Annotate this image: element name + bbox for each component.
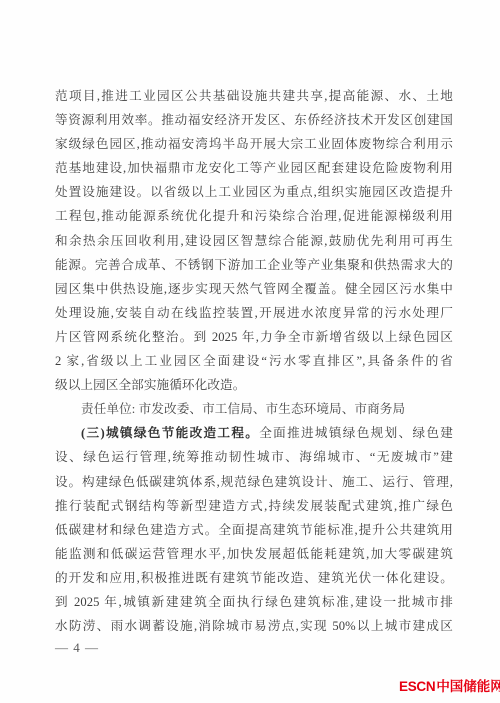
page-number: — 4 — bbox=[55, 638, 99, 658]
section3-heading: (三)城镇绿色节能改造工程。 bbox=[81, 426, 259, 440]
body-text-line: 推行装配式钢结构等新型建造方式,持续发展装配式建筑,推广绿色 bbox=[55, 494, 453, 518]
body-text-line: 范基地建设,加快福鼎市龙安化工等产业园区配套建设危险废物利用 bbox=[55, 156, 453, 180]
body-text-line: 处置设施建设。以省级以上工业园区为重点,组织实施园区改造提升 bbox=[55, 180, 453, 204]
body-text-line: 的开发和应用,积极推进既有建筑节能改造、建筑光伏一体化建设。 bbox=[55, 566, 453, 590]
body-text-line: 级以上园区全部实施循环化改造。 bbox=[55, 373, 453, 397]
document-page: 范项目,推进工业园区公共基础设施共建共享,提高能源、水、土地 等资源利用效率。推… bbox=[0, 0, 500, 703]
body-text-line: 和余热余压回收利用,建设园区智慧综合能源,鼓励优先利用可再生 bbox=[55, 229, 453, 253]
body-text-line: 范项目,推进工业园区公共基础设施共建共享,提高能源、水、土地 bbox=[55, 84, 453, 108]
body-text-line: 能监测和低碳运营管理水平,加快发展超低能耗建筑,加大零碳建筑 bbox=[55, 542, 453, 566]
responsible-units-line: 责任单位: 市发改委、市工信局、市生态环境局、市商务局 bbox=[55, 397, 453, 421]
section3-first-line: (三)城镇绿色节能改造工程。全面推进城镇绿色规划、绿色建 bbox=[55, 421, 453, 445]
escn-logo-site-name: 中国储能网 bbox=[436, 679, 500, 694]
document-body: 范项目,推进工业园区公共基础设施共建共享,提高能源、水、土地 等资源利用效率。推… bbox=[55, 84, 453, 638]
body-text-line: 等资源利用效率。推动福安经济开发区、东侨经济技术开发区创建国 bbox=[55, 108, 453, 132]
body-text-line: 处理设施,安装自动在线监控装置,开展进水浓度异常的污水处理厂 bbox=[55, 301, 453, 325]
escn-logo-latin: ESCN bbox=[399, 679, 435, 694]
body-text-line: 低碳建材和绿色建造方式。全面提高建筑节能标准,提升公共建筑用 bbox=[55, 518, 453, 542]
body-text-line: 片区管网系统化整治。到 2025 年,力争全市新增省级以上绿色园区 bbox=[55, 325, 453, 349]
body-text-line: 家级绿色园区,推动福安湾坞半岛开展大宗工业固体废物综合利用示 bbox=[55, 132, 453, 156]
escn-logo: ESCN中国储能网 bbox=[399, 678, 500, 696]
body-text-line: 水防涝、雨水调蓄设施,消除城市易涝点,实现 50%以上城市建成区 bbox=[55, 614, 453, 638]
body-text-line: 设、绿色运行管理,统筹推动韧性城市、海绵城市、“无废城市”建 bbox=[55, 445, 453, 469]
body-text-line: 到 2025 年,城镇新建建筑全面执行绿色建筑标准,建设一批城市排 bbox=[55, 590, 453, 614]
body-text-line: 2 家,省级以上工业园区全面建设“污水零直排区”,具备条件的省 bbox=[55, 349, 453, 373]
body-text-line: 能源。完善合成革、不锈钢下游加工企业等产业集聚和供热需求大的 bbox=[55, 253, 453, 277]
body-text-line: 设。构建绿色低碳建筑体系,规范绿色建筑设计、施工、运行、管理, bbox=[55, 470, 453, 494]
body-text-line: 园区集中供热设施,逐步实现天然气管网全覆盖。健全园区污水集中 bbox=[55, 277, 453, 301]
body-text-line: 工程包,推动能源系统优化提升和污染综合治理,促进能源梯级利用 bbox=[55, 204, 453, 228]
section3-heading-rest: 全面推进城镇绿色规划、绿色建 bbox=[259, 426, 453, 440]
